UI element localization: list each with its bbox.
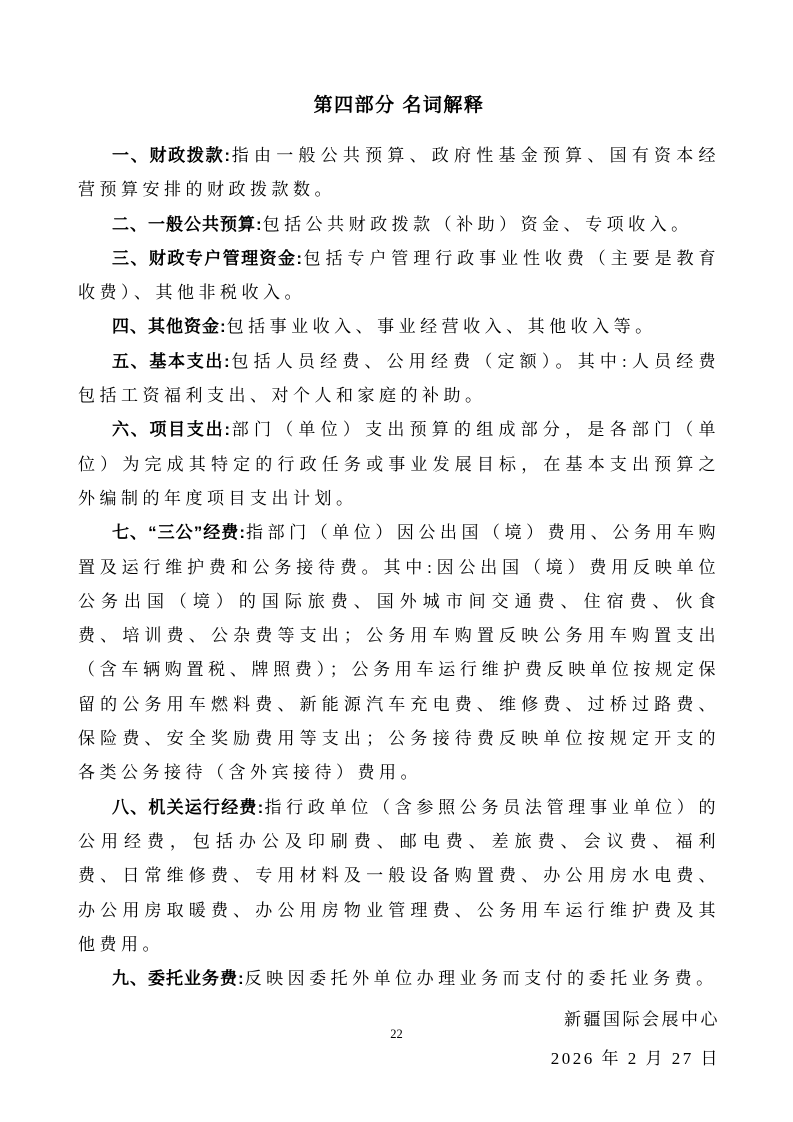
definition-paragraph: 四、其他资金:包括事业收入、事业经营收入、其他收入等。 — [78, 310, 720, 344]
definition-paragraph: 八、机关运行经费:指行政单位（含参照公务员法管理事业单位）的公用经费，包括办公及… — [78, 791, 720, 962]
definition-paragraph: 六、项目支出:部门（单位）支出预算的组成部分，是各部门（单位）为完成其特定的行政… — [78, 413, 720, 516]
term-definition: 指行政单位（含参照公务员法管理事业单位）的公用经费，包括办公及印刷费、邮电费、差… — [78, 798, 720, 954]
term-definition: 包括事业收入、事业经营收入、其他收入等。 — [227, 317, 657, 336]
term-label: 一、财政拨款: — [112, 146, 231, 165]
term-label: 五、基本支出: — [112, 352, 231, 371]
term-definition: 指部门（单位）因公出国（境）费用、公务用车购置及运行维护费和公务接待费。其中:因… — [78, 523, 720, 782]
term-label: 七、“三公”经费: — [112, 523, 246, 542]
term-label: 四、其他资金: — [112, 317, 227, 336]
document-body: 一、财政拨款:指由一般公共预算、政府性基金预算、国有资本经营预算安排的财政拨款数… — [78, 139, 720, 996]
page-title: 第四部分 名词解释 — [78, 90, 720, 117]
date: 2026 年 2 月 27 日 — [78, 1039, 720, 1078]
definition-paragraph: 九、委托业务费:反映因委托外单位办理业务而支付的委托业务费。 — [78, 962, 720, 996]
term-label: 六、项目支出: — [112, 420, 231, 439]
page-number: 22 — [0, 1027, 793, 1042]
definition-paragraph: 三、财政专户管理资金:包括专户管理行政事业性收费（主要是教育收费）、其他非税收入… — [78, 242, 720, 311]
term-label: 三、财政专户管理资金: — [112, 249, 303, 268]
term-definition: 反映因委托外单位办理业务而支付的委托业务费。 — [245, 969, 718, 988]
term-definition: 包括公共财政拨款（补助）资金、专项收入。 — [263, 215, 693, 234]
term-label: 二、一般公共预算: — [112, 215, 263, 234]
definition-paragraph: 一、财政拨款:指由一般公共预算、政府性基金预算、国有资本经营预算安排的财政拨款数… — [78, 139, 720, 208]
term-label: 八、机关运行经费: — [112, 798, 264, 817]
definition-paragraph: 五、基本支出:包括人员经费、公用经费（定额）。其中:人员经费包括工资福利支出、对… — [78, 345, 720, 414]
definition-paragraph: 二、一般公共预算:包括公共财政拨款（补助）资金、专项收入。 — [78, 208, 720, 242]
definition-paragraph: 七、“三公”经费:指部门（单位）因公出国（境）费用、公务用车购置及运行维护费和公… — [78, 516, 720, 790]
term-label: 九、委托业务费: — [112, 969, 245, 988]
document-page: 第四部分 名词解释 一、财政拨款:指由一般公共预算、政府性基金预算、国有资本经营… — [0, 0, 793, 1122]
